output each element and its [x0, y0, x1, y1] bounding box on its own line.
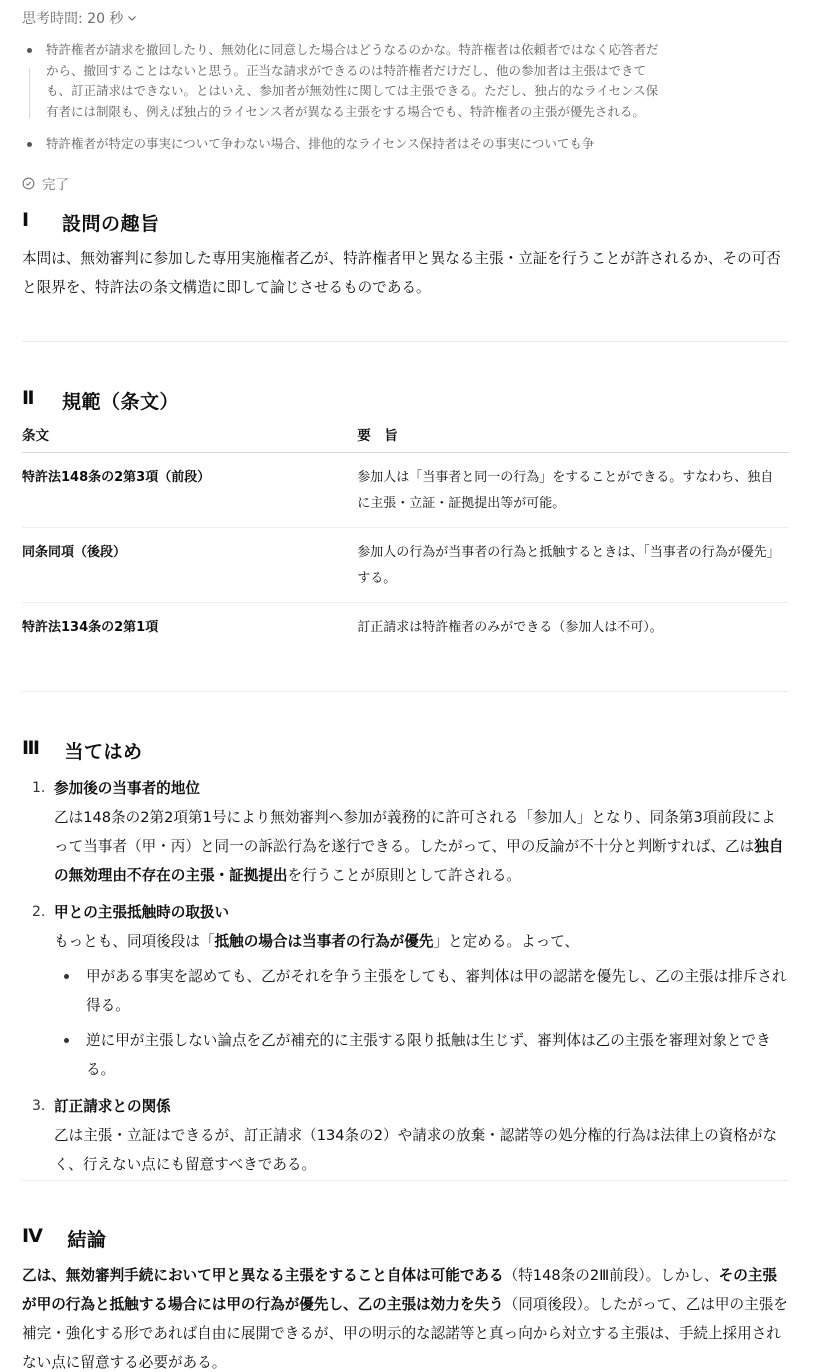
conclusion-bold-text: 乙は、無効審判手続において甲と異なる主張をすること自体は可能である: [22, 1267, 504, 1284]
section-title: 当てはめ: [64, 737, 142, 764]
body-text: を行うことが原則として許される。: [288, 867, 522, 884]
thought-item: 特許権者が請求を撤回したり、無効化に同意した場合はどうなるのかな。特許権者は依頼…: [22, 40, 662, 122]
column-header-article: 条文: [22, 424, 357, 453]
bullet-icon: [64, 1038, 69, 1043]
thought-item: 特許権者が特定の事実について争わない場合、排他的なライセンス保持者はその事実につ…: [22, 134, 662, 155]
list-number: 1.: [32, 774, 45, 803]
table-row: 同条同項（後段） 参加人の行為が当事者の行為と抵触するときは、「当事者の行為が優…: [22, 528, 789, 603]
list-item: 2. 甲との主張抵触時の取扱い もっとも、同項後段は「抵触の場合は当事者の行為が…: [22, 898, 789, 1084]
thought-text: 特許権者が請求を撤回したり、無効化に同意した場合はどうなるのかな。特許権者は依頼…: [46, 42, 659, 119]
section-number: Ⅳ: [22, 1225, 43, 1252]
body-text: もっとも、同項後段は「: [54, 933, 215, 950]
summary-cell: 訂正請求は特許権者のみができる（参加人は不可）。: [357, 603, 789, 652]
list-item-title: 参加後の当事者的地位: [54, 774, 789, 803]
table-row: 特許法148条の2第3項（前段） 参加人は「当事者と同一の行為」をすることができ…: [22, 453, 789, 528]
section-heading-3: Ⅲ 当てはめ: [22, 737, 142, 764]
article-cell: 特許法148条の2第3項（前段）: [22, 453, 357, 528]
list-item: 3. 訂正請求との関係 乙は主張・立証はできるが、訂正請求（134条の2）や請求…: [22, 1092, 789, 1179]
body-text: 」と定める。よって、: [433, 933, 579, 950]
article-cell: 特許法134条の2第1項: [22, 603, 357, 652]
list-item-body: 乙は主張・立証はできるが、訂正請求（134条の2）や請求の放棄・認諾等の処分権的…: [54, 1121, 789, 1179]
section-heading-4: Ⅳ 結論: [22, 1225, 106, 1252]
table-header-row: 条文 要 旨: [22, 424, 789, 453]
column-header-summary: 要 旨: [357, 424, 789, 453]
sub-bullet-item: 甲がある事実を認めても、乙がそれを争う主張をしても、審判体は甲の認諾を優先し、乙…: [54, 962, 789, 1020]
list-item: 1. 参加後の当事者的地位 乙は148条の2第2項第1号により無効審判へ参加が義…: [22, 774, 789, 890]
list-item-title: 訂正請求との関係: [54, 1092, 789, 1121]
divider: [22, 691, 789, 692]
section-number: Ⅱ: [22, 387, 38, 414]
section-title: 結論: [67, 1225, 106, 1252]
list-item-title: 甲との主張抵触時の取扱い: [54, 898, 789, 927]
section-heading-1: Ⅰ 設問の趣旨: [22, 209, 160, 236]
section-number: Ⅰ: [22, 209, 38, 236]
list-item-body: 乙は148条の2第2項第1号により無効審判へ参加が義務的に許可される「参加人」と…: [54, 803, 789, 890]
sub-bullet-text: 甲がある事実を認めても、乙がそれを争う主張をしても、審判体は甲の認諾を優先し、乙…: [86, 968, 787, 1014]
thinking-done-status: 完了: [22, 173, 69, 193]
bullet-icon: [27, 48, 32, 53]
section-title: 設問の趣旨: [62, 209, 160, 236]
list-number: 3.: [32, 1092, 45, 1121]
conclusion-body: 乙は、無効審判手続において甲と異なる主張をすること自体は可能である（特148条の…: [22, 1261, 789, 1372]
summary-cell: 参加人の行為が当事者の行為と抵触するときは、「当事者の行為が優先」する。: [357, 528, 789, 603]
body-text: 乙は148条の2第2項第1号により無効審判へ参加が義務的に許可される「参加人」と…: [54, 809, 776, 855]
conclusion-text: （特148条の2Ⅲ前段）。しかし、: [504, 1267, 719, 1284]
sub-bullet-text: 逆に甲が主張しない論点を乙が補充的に主張する限り抵触は生じず、審判体は乙の主張を…: [86, 1032, 771, 1078]
sub-bullet-item: 逆に甲が主張しない論点を乙が補充的に主張する限り抵触は生じず、審判体は乙の主張を…: [54, 1026, 789, 1084]
table-row: 特許法134条の2第1項 訂正請求は特許権者のみができる（参加人は不可）。: [22, 603, 789, 652]
list-number: 2.: [32, 898, 45, 927]
check-circle-icon: [22, 177, 35, 190]
statute-table: 条文 要 旨 特許法148条の2第3項（前段） 参加人は「当事者と同一の行為」を…: [22, 424, 789, 651]
thinking-toggle-button[interactable]: 思考時間: 20 秒: [22, 8, 137, 28]
article-cell: 同条同項（後段）: [22, 528, 357, 603]
sub-bullet-list: 甲がある事実を認めても、乙がそれを争う主張をしても、審判体は甲の認諾を優先し、乙…: [54, 962, 789, 1084]
bullet-icon: [27, 142, 32, 147]
divider: [22, 1180, 789, 1181]
divider: [22, 341, 789, 342]
bullet-icon: [64, 974, 69, 979]
thinking-duration-label: 思考時間: 20 秒: [22, 8, 123, 28]
section-number: Ⅲ: [22, 737, 40, 764]
summary-cell: 参加人は「当事者と同一の行為」をすることができる。すなわち、独自に主張・立証・証…: [357, 453, 789, 528]
section-1-body: 本問は、無効審判に参加した専用実施権者乙が、特許権者甲と異なる主張・立証を行うこ…: [22, 244, 789, 302]
section-title: 規範（条文）: [62, 387, 179, 414]
thought-list: 特許権者が請求を撤回したり、無効化に同意した場合はどうなるのかな。特許権者は依頼…: [22, 40, 662, 155]
thought-connector-line: [29, 68, 30, 118]
body-bold-text: 抵触の場合は当事者の行為が優先: [215, 933, 434, 950]
list-item-body: もっとも、同項後段は「抵触の場合は当事者の行為が優先」と定める。よって、: [54, 927, 789, 956]
done-label: 完了: [42, 173, 69, 193]
application-list: 1. 参加後の当事者的地位 乙は148条の2第2項第1号により無効審判へ参加が義…: [22, 774, 789, 1179]
thought-text: 特許権者が特定の事実について争わない場合、排他的なライセンス保持者はその事実につ…: [46, 136, 594, 151]
chevron-down-icon: [127, 13, 137, 23]
section-heading-2: Ⅱ 規範（条文）: [22, 387, 179, 414]
